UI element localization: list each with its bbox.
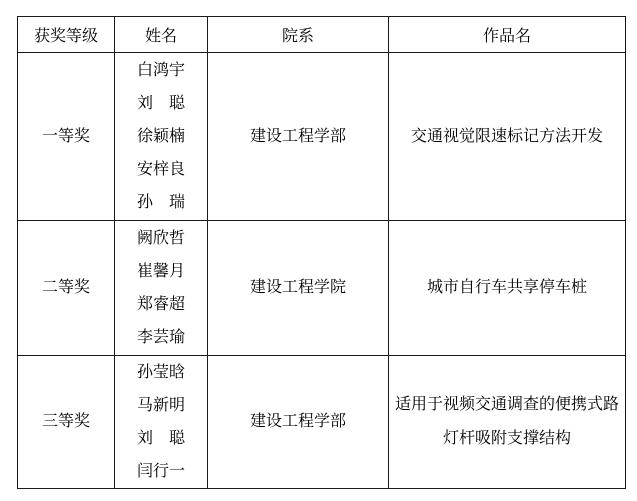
header-work-title: 作品名 bbox=[389, 17, 626, 53]
awards-table: 获奖等级 姓名 院系 作品名 一等奖 白鸿宇 刘 聪 徐颖楠 安梓良 孙 瑞 建… bbox=[17, 16, 626, 489]
department-cell: 建设工程学院 bbox=[208, 221, 389, 356]
member-name: 孙莹晗 bbox=[115, 356, 207, 389]
work-title-cell: 交通视觉限速标记方法开发 bbox=[389, 53, 626, 221]
member-name: 刘 聪 bbox=[115, 87, 207, 120]
award-level-cell: 一等奖 bbox=[18, 53, 115, 221]
member-name: 闫行一 bbox=[115, 455, 207, 488]
header-name: 姓名 bbox=[115, 17, 208, 53]
member-name: 徐颖楠 bbox=[115, 120, 207, 153]
member-name: 安梓良 bbox=[115, 153, 207, 186]
department-cell: 建设工程学部 bbox=[208, 356, 389, 489]
member-name: 李芸瑜 bbox=[115, 321, 207, 354]
member-name: 马新明 bbox=[115, 389, 207, 422]
work-title-cell: 城市自行车共享停车桩 bbox=[389, 221, 626, 356]
award-level-cell: 二等奖 bbox=[18, 221, 115, 356]
table-row-first-prize: 一等奖 白鸿宇 刘 聪 徐颖楠 安梓良 孙 瑞 建设工程学部 交通视觉限速标记方… bbox=[18, 53, 626, 221]
header-award-level: 获奖等级 bbox=[18, 17, 115, 53]
table-row-second-prize: 二等奖 阙欣哲 崔馨月 郑睿超 李芸瑜 建设工程学院 城市自行车共享停车桩 bbox=[18, 221, 626, 356]
header-department: 院系 bbox=[208, 17, 389, 53]
award-level-cell: 三等奖 bbox=[18, 356, 115, 489]
member-name: 郑睿超 bbox=[115, 288, 207, 321]
member-name: 刘 聪 bbox=[115, 422, 207, 455]
table-row-third-prize: 三等奖 孙莹晗 马新明 刘 聪 闫行一 建设工程学部 适用于视频交通调查的便携式… bbox=[18, 356, 626, 489]
member-name: 孙 瑞 bbox=[115, 186, 207, 219]
member-name: 崔馨月 bbox=[115, 255, 207, 288]
names-cell: 阙欣哲 崔馨月 郑睿超 李芸瑜 bbox=[115, 221, 208, 356]
header-row: 获奖等级 姓名 院系 作品名 bbox=[18, 17, 626, 53]
names-cell: 孙莹晗 马新明 刘 聪 闫行一 bbox=[115, 356, 208, 489]
member-name: 白鸿宇 bbox=[115, 54, 207, 87]
department-cell: 建设工程学部 bbox=[208, 53, 389, 221]
award-list-page: 获奖等级 姓名 院系 作品名 一等奖 白鸿宇 刘 聪 徐颖楠 安梓良 孙 瑞 建… bbox=[0, 0, 637, 501]
names-cell: 白鸿宇 刘 聪 徐颖楠 安梓良 孙 瑞 bbox=[115, 53, 208, 221]
work-title-cell: 适用于视频交通调查的便携式路灯杆吸附支撑结构 bbox=[389, 356, 626, 489]
member-name: 阙欣哲 bbox=[115, 222, 207, 255]
